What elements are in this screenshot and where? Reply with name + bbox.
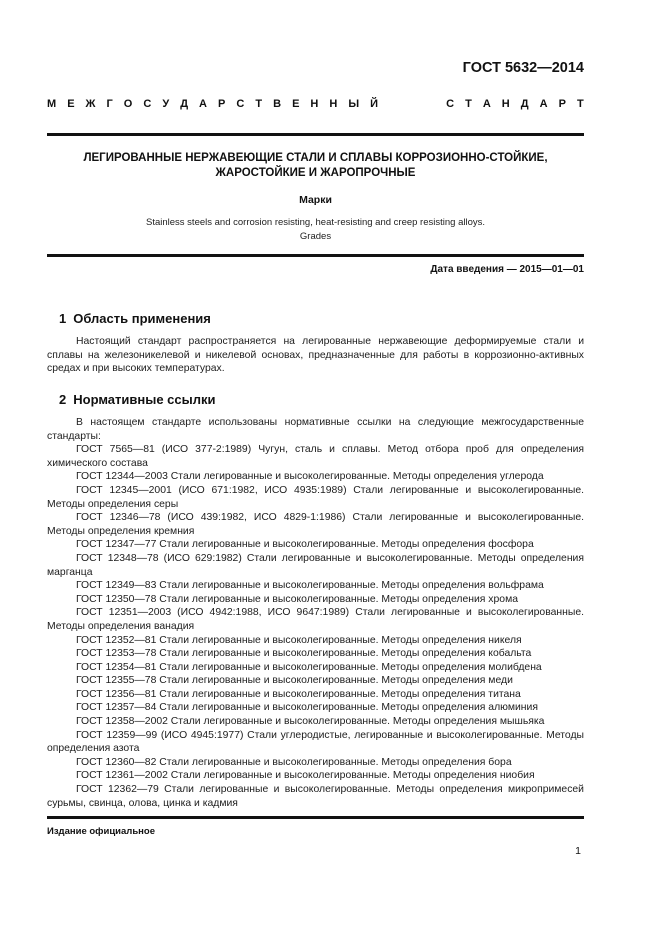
reference-item: ГОСТ 12345—2001 (ИСО 671:1982, ИСО 4935:… xyxy=(47,484,584,511)
document-code: ГОСТ 5632—2014 xyxy=(463,60,584,76)
banner-letter: Г xyxy=(107,98,113,110)
reference-item: ГОСТ 12353—78 Стали легированные и высок… xyxy=(47,647,584,661)
section-number: 1 xyxy=(59,311,66,326)
section-number: 2 xyxy=(59,392,66,407)
english-title-line-1: Stainless steels and corrosion resisting… xyxy=(47,216,584,230)
reference-item: ГОСТ 12349—83 Стали легированные и высок… xyxy=(47,579,584,593)
section-title: Область применения xyxy=(73,311,211,326)
section-title: Нормативные ссылки xyxy=(73,392,215,407)
reference-item: ГОСТ 12348—78 (ИСО 629:1982) Стали легир… xyxy=(47,552,584,579)
banner-letter: А xyxy=(483,98,491,110)
document-page: ГОСТ 5632—2014 М Е Ж Г О С У Д А Р С Т В… xyxy=(0,0,661,935)
title-line-2: ЖАРОСТОЙКИЕ И ЖАРОПРОЧНЫЕ xyxy=(47,166,584,181)
reference-item: ГОСТ 12354—81 Стали легированные и высок… xyxy=(47,661,584,675)
section-1-heading: 1Область применения xyxy=(59,311,211,326)
banner-letter: В xyxy=(273,98,281,110)
reference-item: ГОСТ 12357—84 Стали легированные и высок… xyxy=(47,701,584,715)
banner-letter: Й xyxy=(370,98,378,110)
title-divider xyxy=(47,254,584,257)
document-subtitle: Марки xyxy=(47,194,584,206)
reference-item: ГОСТ 12346—78 (ИСО 439:1982, ИСО 4829-1:… xyxy=(47,511,584,538)
section-1-body: Настоящий стандарт распространяется на л… xyxy=(47,335,584,376)
reference-item: ГОСТ 12361—2002 Стали легированные и выс… xyxy=(47,769,584,783)
reference-item: ГОСТ 12360—82 Стали легированные и высок… xyxy=(47,756,584,770)
english-title-line-2: Grades xyxy=(47,230,584,244)
banner-letter: А xyxy=(199,98,207,110)
banner-letter: У xyxy=(162,98,169,110)
footer-divider xyxy=(47,816,584,819)
banner-letter: Н xyxy=(329,98,337,110)
banner-letter: Д xyxy=(521,98,529,110)
reference-item: ГОСТ 12356—81 Стали легированные и высок… xyxy=(47,688,584,702)
reference-item: ГОСТ 12358—2002 Стали легированные и выс… xyxy=(47,715,584,729)
reference-item: ГОСТ 12359—99 (ИСО 4945:1977) Стали угле… xyxy=(47,729,584,756)
banner-letter: Н xyxy=(502,98,510,110)
reference-item: ГОСТ 7565—81 (ИСО 377-2:1989) Чугун, ста… xyxy=(47,443,584,470)
official-edition-note: Издание официальное xyxy=(47,826,155,837)
reference-item: ГОСТ 12355—78 Стали легированные и высок… xyxy=(47,674,584,688)
interstate-standard-banner: М Е Ж Г О С У Д А Р С Т В Е Н Н Ы Й С Т … xyxy=(47,98,584,110)
section-2-body: В настоящем стандарте использованы норма… xyxy=(47,416,584,810)
banner-letter: Н xyxy=(310,98,318,110)
reference-item: ГОСТ 12362—79 Стали легированные и высок… xyxy=(47,783,584,810)
introduction-date: Дата введения — 2015—01—01 xyxy=(430,264,584,275)
banner-letter: Т xyxy=(255,98,262,110)
banner-letter: Д xyxy=(180,98,188,110)
page-number: 1 xyxy=(575,845,581,857)
reference-item: ГОСТ 12344—2003 Стали легированные и выс… xyxy=(47,470,584,484)
reference-item: ГОСТ 12351—2003 (ИСО 4942:1988, ИСО 9647… xyxy=(47,606,584,633)
banner-letter: О xyxy=(124,98,133,110)
banner-letter: Т xyxy=(465,98,472,110)
english-title: Stainless steels and corrosion resisting… xyxy=(47,216,584,244)
banner-letter: Е xyxy=(292,98,299,110)
reference-item: ГОСТ 12347—77 Стали легированные и высок… xyxy=(47,538,584,552)
banner-letter: Ы xyxy=(348,98,359,110)
banner-word-gap xyxy=(389,98,435,110)
section-2-heading: 2Нормативные ссылки xyxy=(59,392,215,407)
reference-item: ГОСТ 12352—81 Стали легированные и высок… xyxy=(47,634,584,648)
banner-letter: Р xyxy=(218,98,225,110)
header-divider xyxy=(47,133,584,136)
reference-item: ГОСТ 12350—78 Стали легированные и высок… xyxy=(47,593,584,607)
title-line-1: ЛЕГИРОВАННЫЕ НЕРЖАВЕЮЩИЕ СТАЛИ И СПЛАВЫ … xyxy=(47,151,584,166)
banner-letter: А xyxy=(540,98,548,110)
banner-letter: С xyxy=(236,98,244,110)
banner-letter: Р xyxy=(559,98,566,110)
paragraph: В настоящем стандарте использованы норма… xyxy=(47,416,584,443)
banner-letter: С xyxy=(446,98,454,110)
banner-letter: С xyxy=(143,98,151,110)
banner-letter: Т xyxy=(577,98,584,110)
banner-letter: Е xyxy=(67,98,74,110)
document-title: ЛЕГИРОВАННЫЕ НЕРЖАВЕЮЩИЕ СТАЛИ И СПЛАВЫ … xyxy=(47,151,584,181)
banner-letter: М xyxy=(47,98,56,110)
banner-letter: Ж xyxy=(86,98,96,110)
paragraph: Настоящий стандарт распространяется на л… xyxy=(47,335,584,376)
